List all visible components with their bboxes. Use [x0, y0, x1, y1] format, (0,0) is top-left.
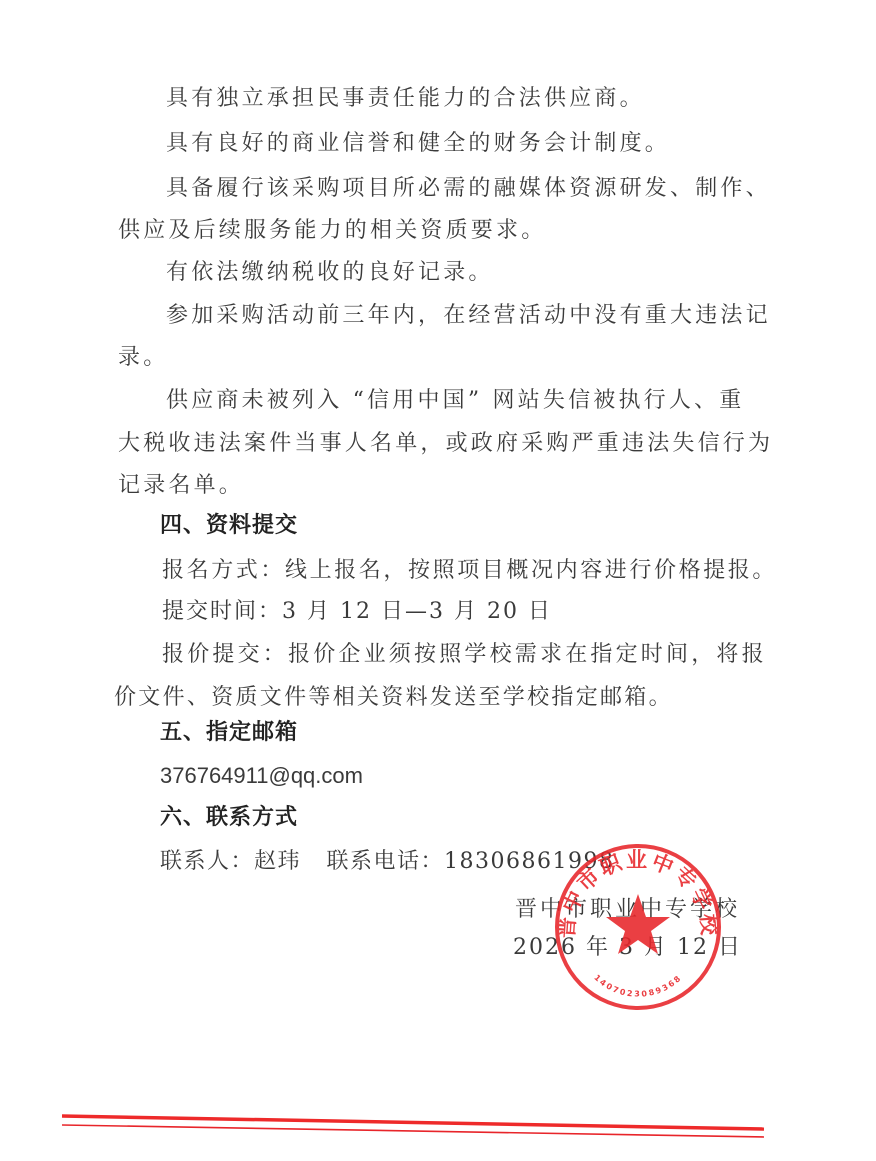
svg-text:1407023089368: 1407023089368	[592, 973, 683, 999]
section-6-heading: 六、联系方式	[160, 803, 800, 833]
requirement-2: 具有良好的商业信誉和健全的财务会计制度。	[166, 129, 806, 159]
star-icon	[606, 894, 670, 954]
requirement-6-line-3: 记录名单。	[118, 471, 758, 501]
designated-email[interactable]: 376764911@qq.com	[160, 761, 800, 791]
quote-submission-line-2: 价文件、资质文件等相关资料发送至学校指定邮箱。	[114, 683, 754, 713]
requirement-6-line-2: 大税收违法案件当事人名单，或政府采购严重违法失信行为	[118, 429, 758, 459]
official-seal-stamp: 晋中市职业中专学校 1407023089368	[553, 842, 723, 1012]
document-page: 具有独立承担民事责任能力的合法供应商。 具有良好的商业信誉和健全的财务会计制度。…	[0, 0, 876, 1161]
requirement-6-line-1: 供应商未被列入 “信用中国” 网站失信被执行人、重	[166, 386, 806, 416]
requirement-4: 有依法缴纳税收的良好记录。	[166, 258, 806, 288]
requirement-5-line-2: 录。	[118, 343, 758, 373]
section-4-heading: 四、资料提交	[160, 511, 800, 541]
requirement-3-line-1: 具备履行该采购项目所必需的融媒体资源研发、制作、	[166, 174, 806, 204]
footer-red-rules	[0, 1100, 876, 1150]
submit-time: 提交时间：3 月 12 日—3 月 20 日	[162, 597, 802, 627]
requirement-3-line-2: 供应及后续服务能力的相关资质要求。	[118, 216, 758, 246]
signup-method: 报名方式：线上报名，按照项目概况内容进行价格提报。	[162, 556, 802, 586]
section-5-heading: 五、指定邮箱	[160, 718, 800, 748]
requirement-1: 具有独立承担民事责任能力的合法供应商。	[166, 84, 806, 114]
requirement-5-line-1: 参加采购活动前三年内，在经营活动中没有重大违法记	[166, 301, 806, 331]
quote-submission-line-1: 报价提交：报价企业须按照学校需求在指定时间，将报	[162, 640, 802, 670]
seal-code: 1407023089368	[592, 973, 683, 999]
